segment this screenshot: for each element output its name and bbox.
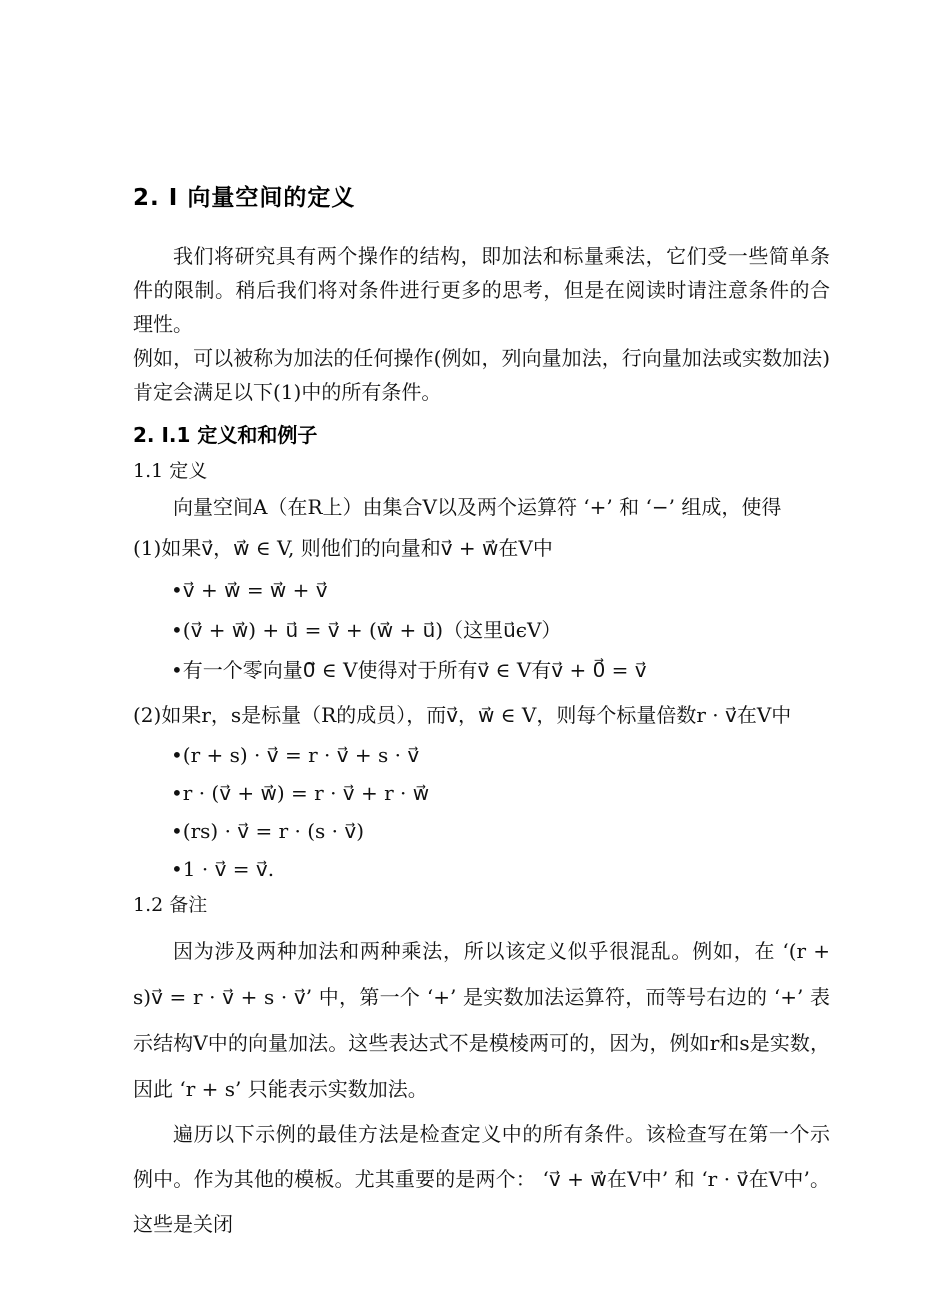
definition-label: 1.1 定义	[133, 457, 830, 485]
axiom-identity-scalar: •1 · v⃗ = v⃗.	[171, 850, 830, 888]
condition-1-axioms: •v⃗ + w⃗ = w⃗ + v⃗ •(v⃗ + w⃗) + u⃗ = v⃗ …	[133, 570, 830, 690]
definition-intro: 向量空间A（在R上）由集合V以及两个运算符 ‘+’ 和 ‘−’ 组成，使得	[133, 490, 830, 524]
axiom-zero-vector: •有一个零向量0⃗ ∈ V使得对于所有v⃗ ∈ V有v⃗ + 0⃗ = v⃗	[171, 650, 830, 690]
condition-2-axioms: •(r + s) · v⃗ = r · v⃗ + s · v⃗ •r · (v⃗…	[133, 736, 830, 888]
axiom-associativity: •(v⃗ + w⃗) + u⃗ = v⃗ + (w⃗ + u⃗)（这里u⃗ϵV）	[171, 610, 830, 650]
intro-paragraph-1: 我们将研究具有两个操作的结构，即加法和标量乘法，它们受一些简单条件的限制。稍后我…	[133, 239, 830, 341]
condition-2-lead: (2)如果r，s是标量（R的成员），而v⃗，w⃗ ∈ V，则每个标量倍数r · …	[133, 696, 830, 734]
condition-1-lead: (1)如果v⃗，w⃗ ∈ V, 则他们的向量和v⃗ + w⃗在V中	[133, 530, 830, 566]
axiom-scalar-associativity: •(rs) · v⃗ = r · (s · v⃗)	[171, 812, 830, 850]
remark-paragraph-1: 因为涉及两种加法和两种乘法，所以该定义似乎很混乱。例如，在 ‘(r + s)v⃗…	[133, 928, 830, 1112]
remark-label: 1.2 备注	[133, 891, 830, 919]
axiom-distributive-scalar: •(r + s) · v⃗ = r · v⃗ + s · v⃗	[171, 736, 830, 774]
section-heading: 2. Ⅰ 向量空间的定义	[133, 183, 830, 213]
remark-paragraph-2: 遍历以下示例的最佳方法是检查定义中的所有条件。该检查写在第一个示例中。作为其他的…	[133, 1112, 830, 1247]
axiom-commutativity: •v⃗ + w⃗ = w⃗ + v⃗	[171, 570, 830, 610]
document-page: 2. Ⅰ 向量空间的定义 我们将研究具有两个操作的结构，即加法和标量乘法，它们受…	[0, 0, 925, 1309]
intro-paragraph-2: 例如，可以被称为加法的任何操作(例如，列向量加法，行向量加法或实数加法)肯定会满…	[133, 341, 830, 409]
axiom-distributive-vector: •r · (v⃗ + w⃗) = r · v⃗ + r · w⃗	[171, 774, 830, 812]
subsection-heading: 2. Ⅰ.1 定义和和例子	[133, 421, 830, 449]
